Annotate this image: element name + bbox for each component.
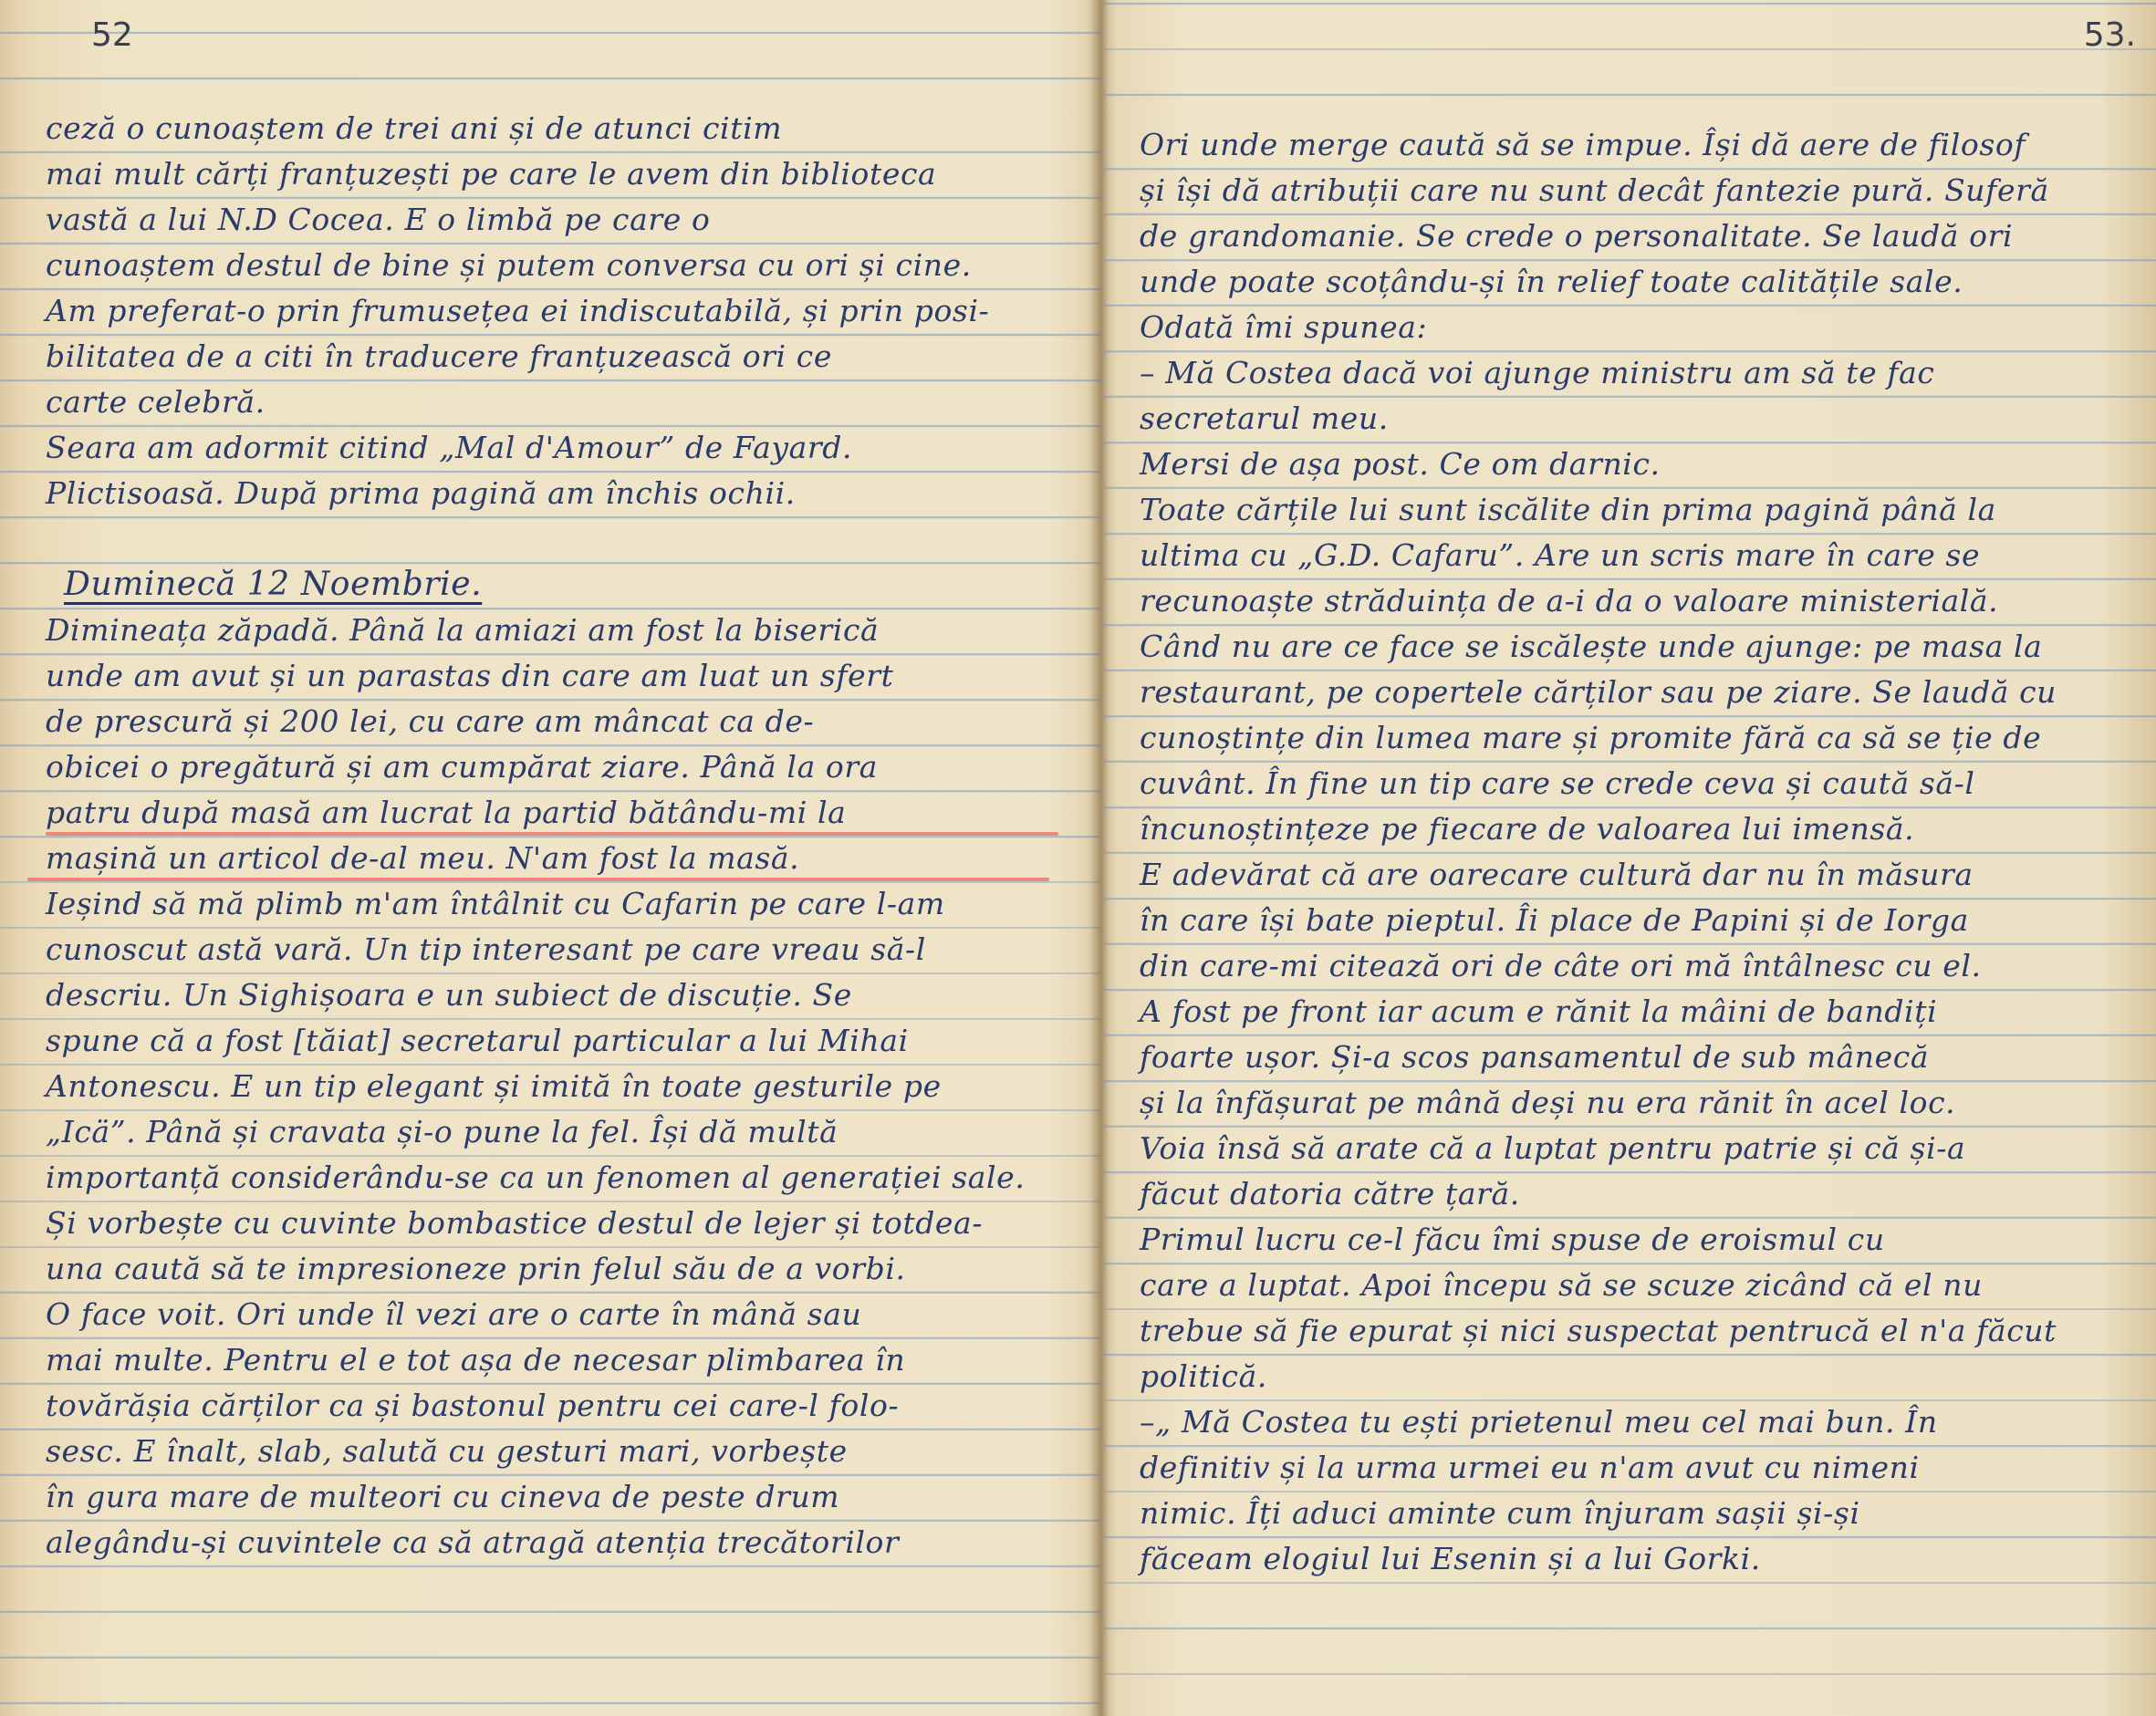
text-line: definitiv și la urma urmei eu n'am avut … [1103,1447,2156,1492]
right-page-text: Ori unde merge caută să se impue. Își dă… [1103,124,2156,1584]
text-line: unde poate scoțându-și în relief toate c… [1103,261,2156,307]
text-line: A fost pe front iar acum e rănit la mâin… [1103,991,2156,1036]
text-line: unde am avut și un parastas din care am … [0,655,1101,701]
text-line: Mersi de așa post. Ce om darnic. [1103,443,2156,489]
blank-line [0,518,1101,564]
text-line: Antonescu. E un tip elegant și imită în … [0,1066,1101,1111]
red-pencil-underline [46,832,1058,836]
text-line: mai mult cărți franțuzești pe care le av… [0,153,1101,199]
text-line: politică. [1103,1356,2156,1401]
text-line: Și vorbește cu cuvinte bombastice destul… [0,1202,1101,1248]
text-line: făceam elogiul lui Esenin și a lui Gorki… [1103,1538,2156,1584]
text-line: în care își bate pieptul. Îi place de Pa… [1103,900,2156,945]
red-pencil-underline [27,878,1049,881]
right-page: 53. Ori unde merge caută să se impue. Îș… [1103,0,2156,1716]
page-number: 52 [91,16,133,54]
text-line: și la înfășurat pe mână deși nu era răni… [1103,1082,2156,1128]
text-line: de prescură și 200 lei, cu care am mânca… [0,701,1101,746]
text-line: Dimineața zăpadă. Până la amiazi am fost… [0,609,1101,655]
text-line: făcut datoria către țară. [1103,1173,2156,1219]
notebook-spread: 52 ceză o cunoaștem de trei ani și de at… [0,0,2156,1716]
text-line: în gura mare de multeori cu cineva de pe… [0,1476,1101,1522]
text-line: Primul lucru ce-l făcu îmi spuse de eroi… [1103,1219,2156,1264]
text-line: Am preferat-o prin frumusețea ei indiscu… [0,290,1101,336]
text-line: obicei o pregătură și am cumpărat ziare.… [0,746,1101,792]
text-line: importanță considerându-se ca un fenomen… [0,1157,1101,1202]
text-line: Ieșind să mă plimb m'am întâlnit cu Cafa… [0,883,1101,929]
text-line: „Icä”. Până și cravata și-o pune la fel.… [0,1111,1101,1157]
text-line: una caută să te impresioneze prin felul … [0,1248,1101,1294]
text-line: Voia însă să arate că a luptat pentru pa… [1103,1128,2156,1173]
text-line: restaurant, pe copertele cărților sau pe… [1103,671,2156,717]
text-line: ultima cu „G.D. Cafaru”. Are un scris ma… [1103,535,2156,580]
text-line: recunoaște străduința de a-i da o valoar… [1103,580,2156,626]
text-line: și își dă atribuții care nu sunt decât f… [1103,170,2156,215]
text-line: din care-mi citează ori de câte ori mă î… [1103,945,2156,991]
text-line: – Mă Costea dacă voi ajunge ministru am … [1103,352,2156,398]
text-line: secretarul meu. [1103,398,2156,443]
date-heading: Duminecă 12 Noembrie. [0,564,1101,609]
text-line: cunoaștem destul de bine și putem conver… [0,244,1101,290]
text-line: ceză o cunoaștem de trei ani și de atunc… [0,108,1101,153]
text-line: cunoscut astă vară. Un tip interesant pe… [0,929,1101,974]
left-page: 52 ceză o cunoaștem de trei ani și de at… [0,0,1101,1716]
text-line: Când nu are ce face se iscălește unde aj… [1103,626,2156,671]
text-line-highlighted: patru după masă am lucrat la partid bătâ… [0,792,1101,837]
text-line: trebue să fie epurat și nici suspectat p… [1103,1310,2156,1356]
text-line: alegându-și cuvintele ca să atragă atenț… [0,1522,1101,1567]
text-line: bilitatea de a citi în traducere franțuz… [0,336,1101,381]
text-line: Ori unde merge caută să se impue. Își dă… [1103,124,2156,170]
text-line: cunoștințe din lumea mare și promite făr… [1103,717,2156,763]
text-line: descriu. Un Sighișoara e un subiect de d… [0,974,1101,1020]
text-line: Odată îmi spunea: [1103,307,2156,352]
left-page-text: ceză o cunoaștem de trei ani și de atunc… [0,108,1101,1567]
text-line: nimic. Îți aduci aminte cum înjuram sași… [1103,1492,2156,1538]
text-line: foarte ușor. Și-a scos pansamentul de su… [1103,1036,2156,1082]
text-line-highlighted: mașină un articol de-al meu. N'am fost l… [0,837,1101,883]
text-line: care a luptat. Apoi începu să se scuze z… [1103,1264,2156,1310]
text-line: sesc. E înalt, slab, salută cu gesturi m… [0,1430,1101,1476]
text-line: –„ Mă Costea tu ești prietenul meu cel m… [1103,1401,2156,1447]
text-line: Seara am adormit citind „Mal d'Amour” de… [0,427,1101,473]
text-line: E adevărat că are oarecare cultură dar n… [1103,854,2156,900]
text-line: vastă a lui N.D Cocea. E o limbă pe care… [0,199,1101,244]
text-line: încunoștințeze pe fiecare de valoarea lu… [1103,808,2156,854]
text-line: tovărășia cărților ca și bastonul pentru… [0,1385,1101,1430]
text-line: mai multe. Pentru el e tot așa de necesa… [0,1339,1101,1385]
page-number: 53. [2084,16,2136,54]
text-line: spune că a fost [tăiat] secretarul parti… [0,1020,1101,1066]
text-line: Toate cărțile lui sunt iscălite din prim… [1103,489,2156,535]
text-line: cuvânt. În fine un tip care se crede cev… [1103,763,2156,808]
text-line: carte celebră. [0,381,1101,427]
text-line: O face voit. Ori unde îl vezi are o cart… [0,1294,1101,1339]
text-line: Plictisoasă. După prima pagină am închis… [0,473,1101,518]
text-line: de grandomanie. Se crede o personalitate… [1103,215,2156,261]
